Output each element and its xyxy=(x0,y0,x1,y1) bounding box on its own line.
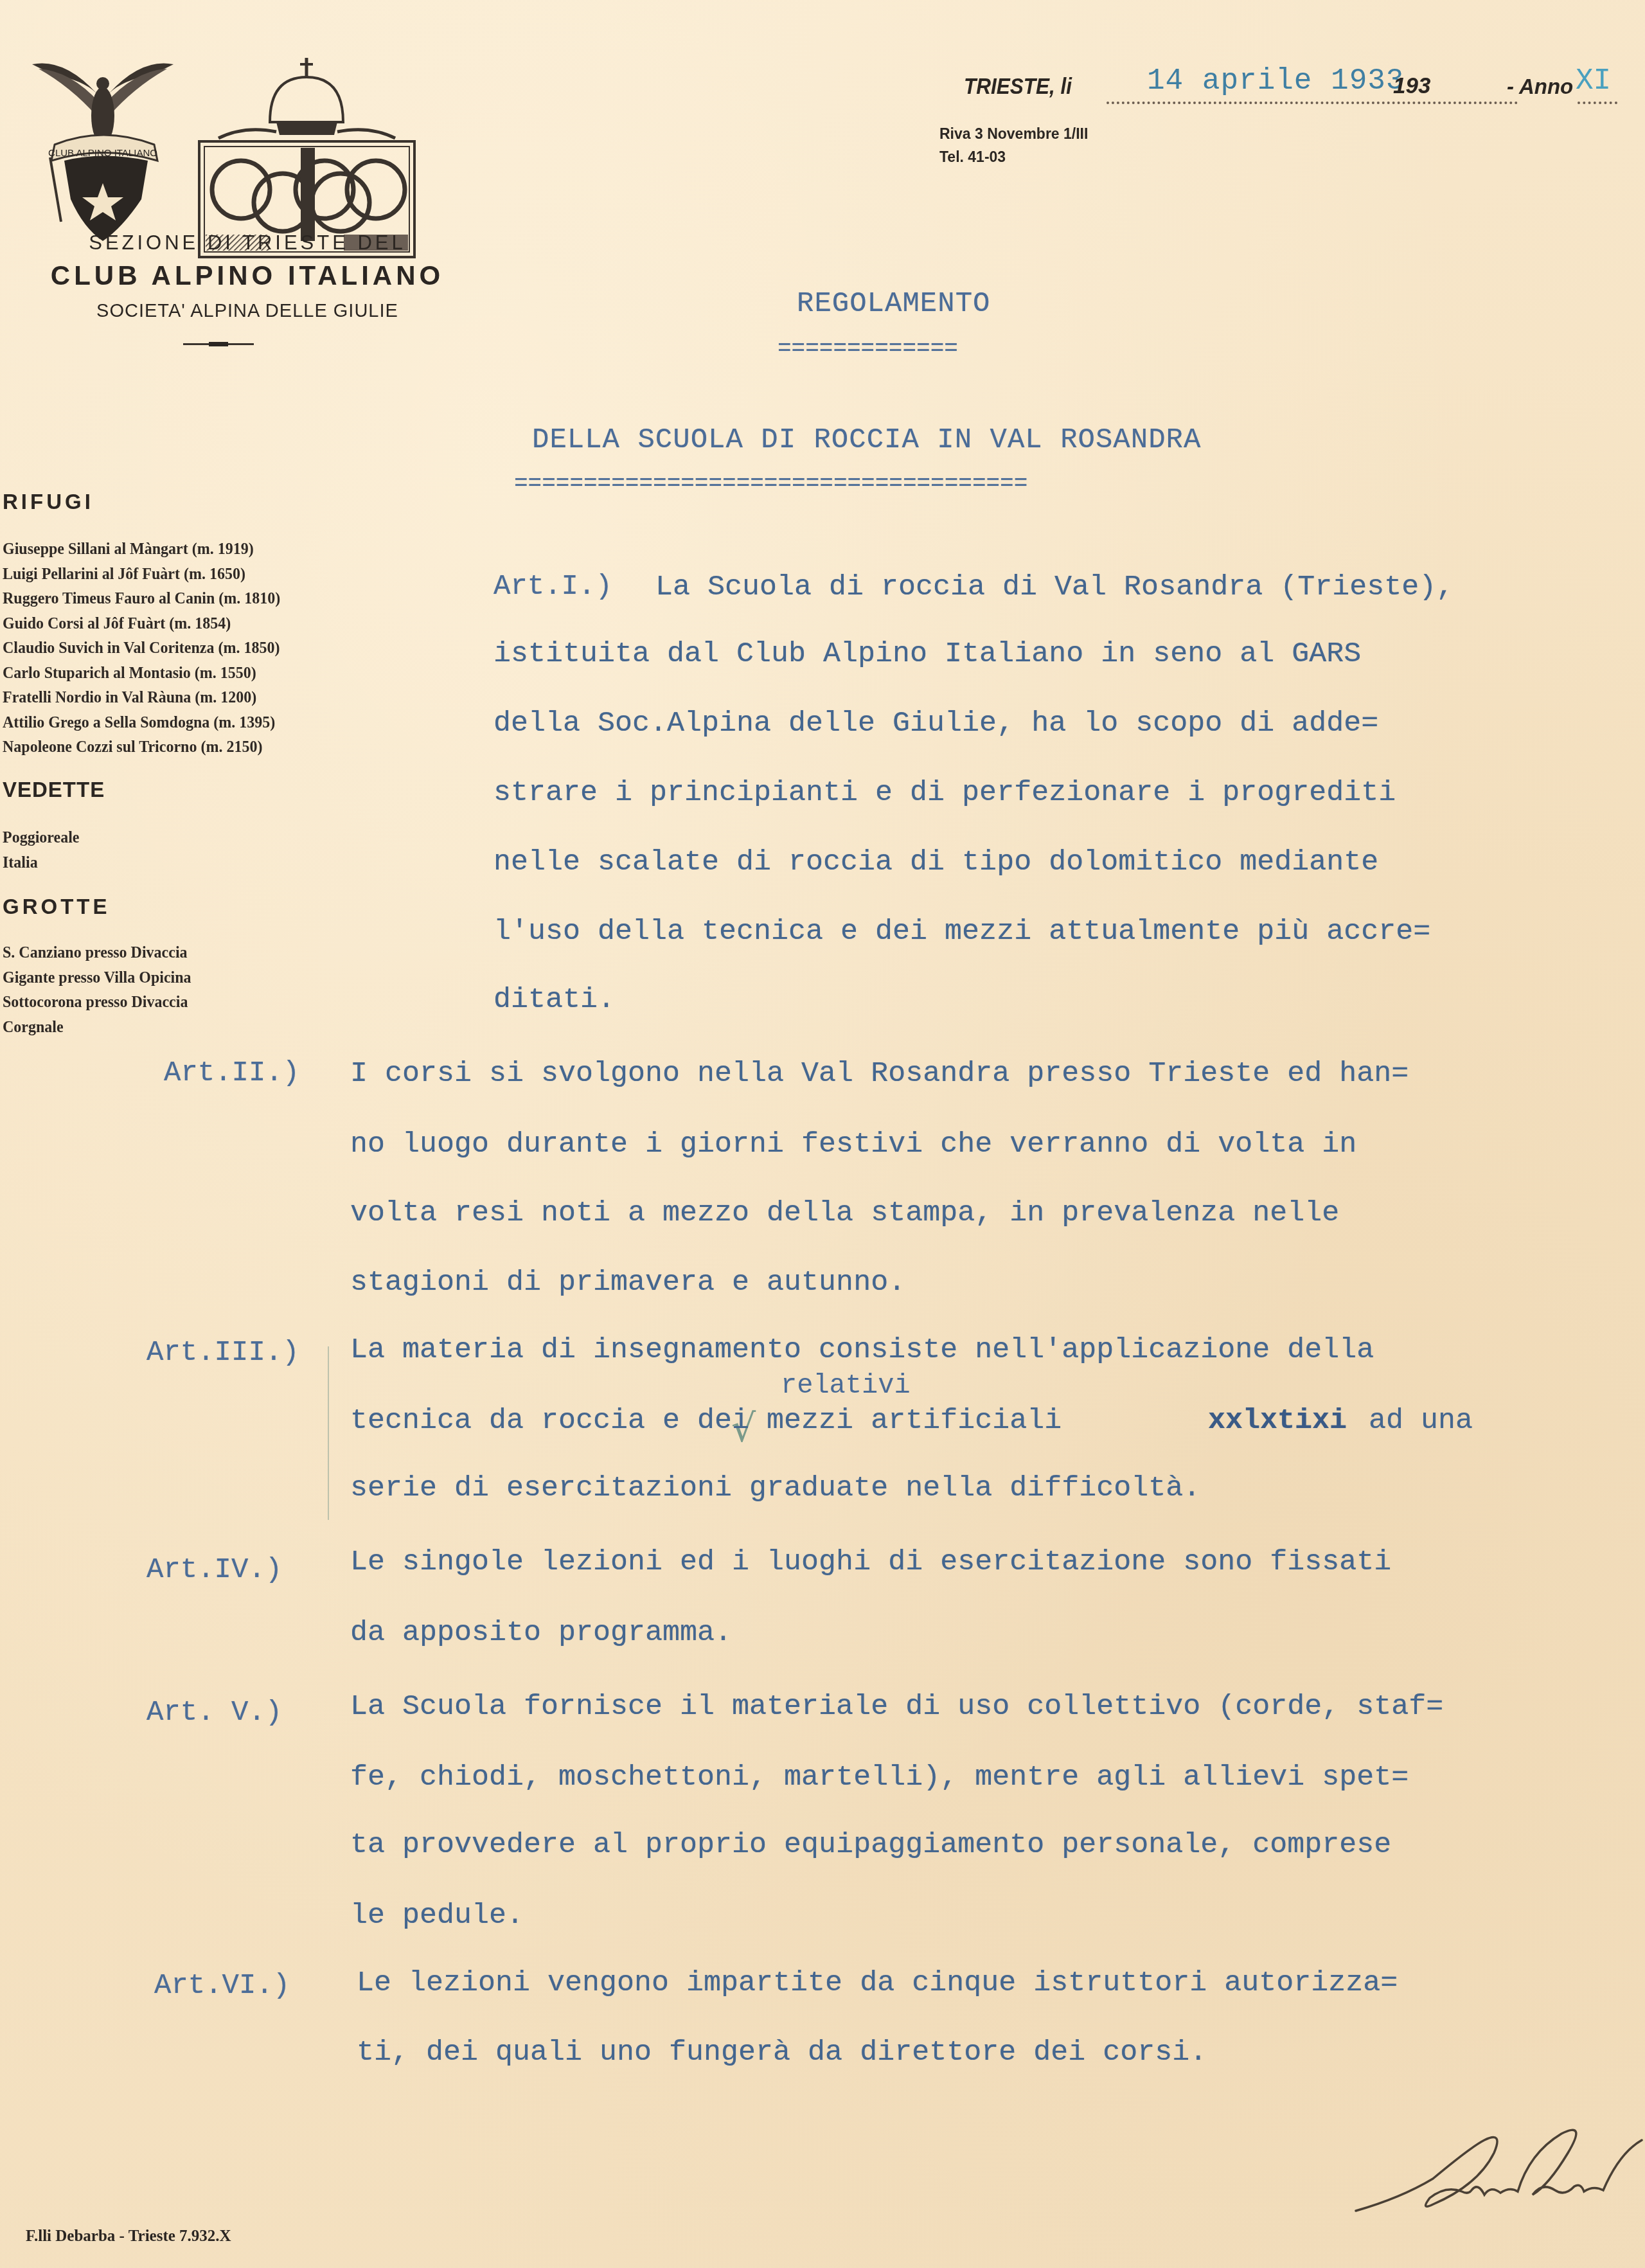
anno-label: - Anno xyxy=(1507,75,1573,99)
article-4-label: Art.IV.) xyxy=(147,1554,282,1586)
rifugi-list: Giuseppe Sillani al Màngart (m. 1919) Lu… xyxy=(3,537,292,760)
document-subtitle: DELLA SCUOLA DI ROCCIA IN VAL ROSANDRA xyxy=(532,424,1201,456)
article-3-line: La materia di insegnamento consiste nell… xyxy=(350,1334,1374,1366)
article-3-insertion: relativi xyxy=(781,1370,911,1401)
letterhead-divider xyxy=(183,343,254,345)
letterhead-section-name: SEZIONE DI TRIESTE DEL xyxy=(0,231,495,254)
article-6-line: ti, dei quali uno fungerà da direttore d… xyxy=(357,2036,1207,2069)
list-item: Ruggero Timeus Fauro al Canin (m. 1810) xyxy=(3,587,280,612)
place-label: TRIESTE, li xyxy=(964,74,1072,100)
printed-year-prefix: 193 xyxy=(1393,73,1430,99)
article-5-label: Art. V.) xyxy=(147,1697,282,1729)
article-3-line: serie di esercitazioni graduate nella di… xyxy=(350,1472,1200,1505)
article-3-label: Art.III.) xyxy=(147,1337,299,1369)
article-1-line: nelle scalate di roccia di tipo dolomiti… xyxy=(493,846,1378,879)
sidebar-heading-rifugi: RIFUGI xyxy=(3,490,94,514)
list-item: Gigante presso Villa Opicina xyxy=(3,966,191,991)
list-item: Poggioreale xyxy=(3,826,80,851)
title-underline: ============= xyxy=(778,335,958,362)
article-2-label: Art.II.) xyxy=(164,1057,299,1089)
article-6-label: Art.VI.) xyxy=(154,1970,290,2002)
list-item: Italia xyxy=(3,851,80,876)
article-5-line: ta provvedere al proprio equipaggiamento… xyxy=(350,1828,1391,1861)
list-item: S. Canziano presso Divaccia xyxy=(3,941,191,966)
list-item: Fratelli Nordio in Val Ràuna (m. 1200) xyxy=(3,686,280,711)
list-item: Luigi Pellarini al Jôf Fuàrt (m. 1650) xyxy=(3,562,280,587)
article-5-line: La Scuola fornisce il materiale di uso c… xyxy=(350,1690,1443,1723)
letterhead-society-name: SOCIETA' ALPINA DELLE GIULIE xyxy=(0,301,495,322)
list-item: Napoleone Cozzi sul Tricorno (m. 2150) xyxy=(3,735,280,760)
list-item: Carlo Stuparich al Montasio (m. 1550) xyxy=(3,661,280,686)
subtitle-underline: ===================================== xyxy=(514,470,1027,497)
address-street: Riva 3 Novembre 1/III xyxy=(939,122,1088,145)
article-2-line: I corsi si svolgono nella Val Rosandra p… xyxy=(350,1057,1409,1090)
article-6-line: Le lezioni vengono impartite da cinque i… xyxy=(357,1967,1398,1999)
article-2-line: no luogo durante i giorni festivi che ve… xyxy=(350,1128,1356,1161)
article-2-line: volta resi noti a mezzo della stampa, in… xyxy=(350,1197,1339,1229)
article-3-line: ad una xyxy=(1369,1404,1473,1437)
crown-rings-emblem-icon xyxy=(193,51,421,260)
grotte-list: S. Canziano presso Divaccia Gigante pres… xyxy=(3,941,199,1040)
article-1-line: ditati. xyxy=(493,983,615,1016)
sidebar-heading-grotte: GROTTE xyxy=(3,895,111,919)
margin-rule-line xyxy=(328,1346,329,1520)
vedette-list: Poggioreale Italia xyxy=(3,826,83,875)
article-2-line: stagioni di primavera e autunno. xyxy=(350,1266,905,1299)
article-1-line: La Scuola di roccia di Val Rosandra (Tri… xyxy=(655,571,1454,603)
printer-imprint: F.lli Debarba - Trieste 7.932.X xyxy=(26,2228,231,2246)
article-1-label: Art.I.) xyxy=(493,571,612,603)
address-phone: Tel. 41-03 xyxy=(939,145,1088,168)
article-4-line: da apposito programma. xyxy=(350,1616,732,1649)
document-title: REGOLAMENTO xyxy=(797,288,990,320)
sidebar-heading-vedette: VEDETTE xyxy=(3,778,105,802)
list-item: Giuseppe Sillani al Màngart (m. 1919) xyxy=(3,537,280,562)
article-1-line: della Soc.Alpina delle Giulie, ha lo sco… xyxy=(493,707,1378,740)
article-1-line: l'uso della tecnica e dei mezzi attualme… xyxy=(493,915,1430,948)
list-item: Sottocorona presso Divaccia xyxy=(3,990,191,1015)
typed-date: 14 aprile 1933 xyxy=(1147,64,1404,98)
article-3-line: tecnica da roccia e dei mezzi artificial… xyxy=(350,1404,1062,1437)
article-5-line: fe, chiodi, moschettoni, martelli), ment… xyxy=(350,1761,1409,1794)
signature-icon xyxy=(1349,2114,1645,2230)
club-alpino-italiano-logo-icon: CLUB ALPINO ITALIANO xyxy=(26,55,180,247)
address-block: Riva 3 Novembre 1/III Tel. 41-03 xyxy=(939,122,1088,168)
list-item: Attilio Grego a Sella Somdogna (m. 1395) xyxy=(3,711,280,736)
letterhead-org-name: CLUB ALPINO ITALIANO xyxy=(0,260,495,291)
anno-value: XI xyxy=(1576,64,1611,98)
list-item: Corgnale xyxy=(3,1015,191,1040)
list-item: Guido Corsi al Jôf Fuàrt (m. 1854) xyxy=(3,612,280,637)
article-4-line: Le singole lezioni ed i luoghi di eserci… xyxy=(350,1546,1391,1578)
article-5-line: le pedule. xyxy=(350,1899,524,1932)
article-1-line: istituita dal Club Alpino Italiano in se… xyxy=(493,638,1361,670)
list-item: Claudio Suvich in Val Coritenza (m. 1850… xyxy=(3,636,280,661)
date-dotted-line xyxy=(1107,102,1518,104)
anno-dotted-line xyxy=(1578,102,1617,104)
article-1-line: strare i principianti e di perfezionare … xyxy=(493,776,1396,809)
article-3-struck-text: xxlxtixi xyxy=(1208,1404,1347,1437)
